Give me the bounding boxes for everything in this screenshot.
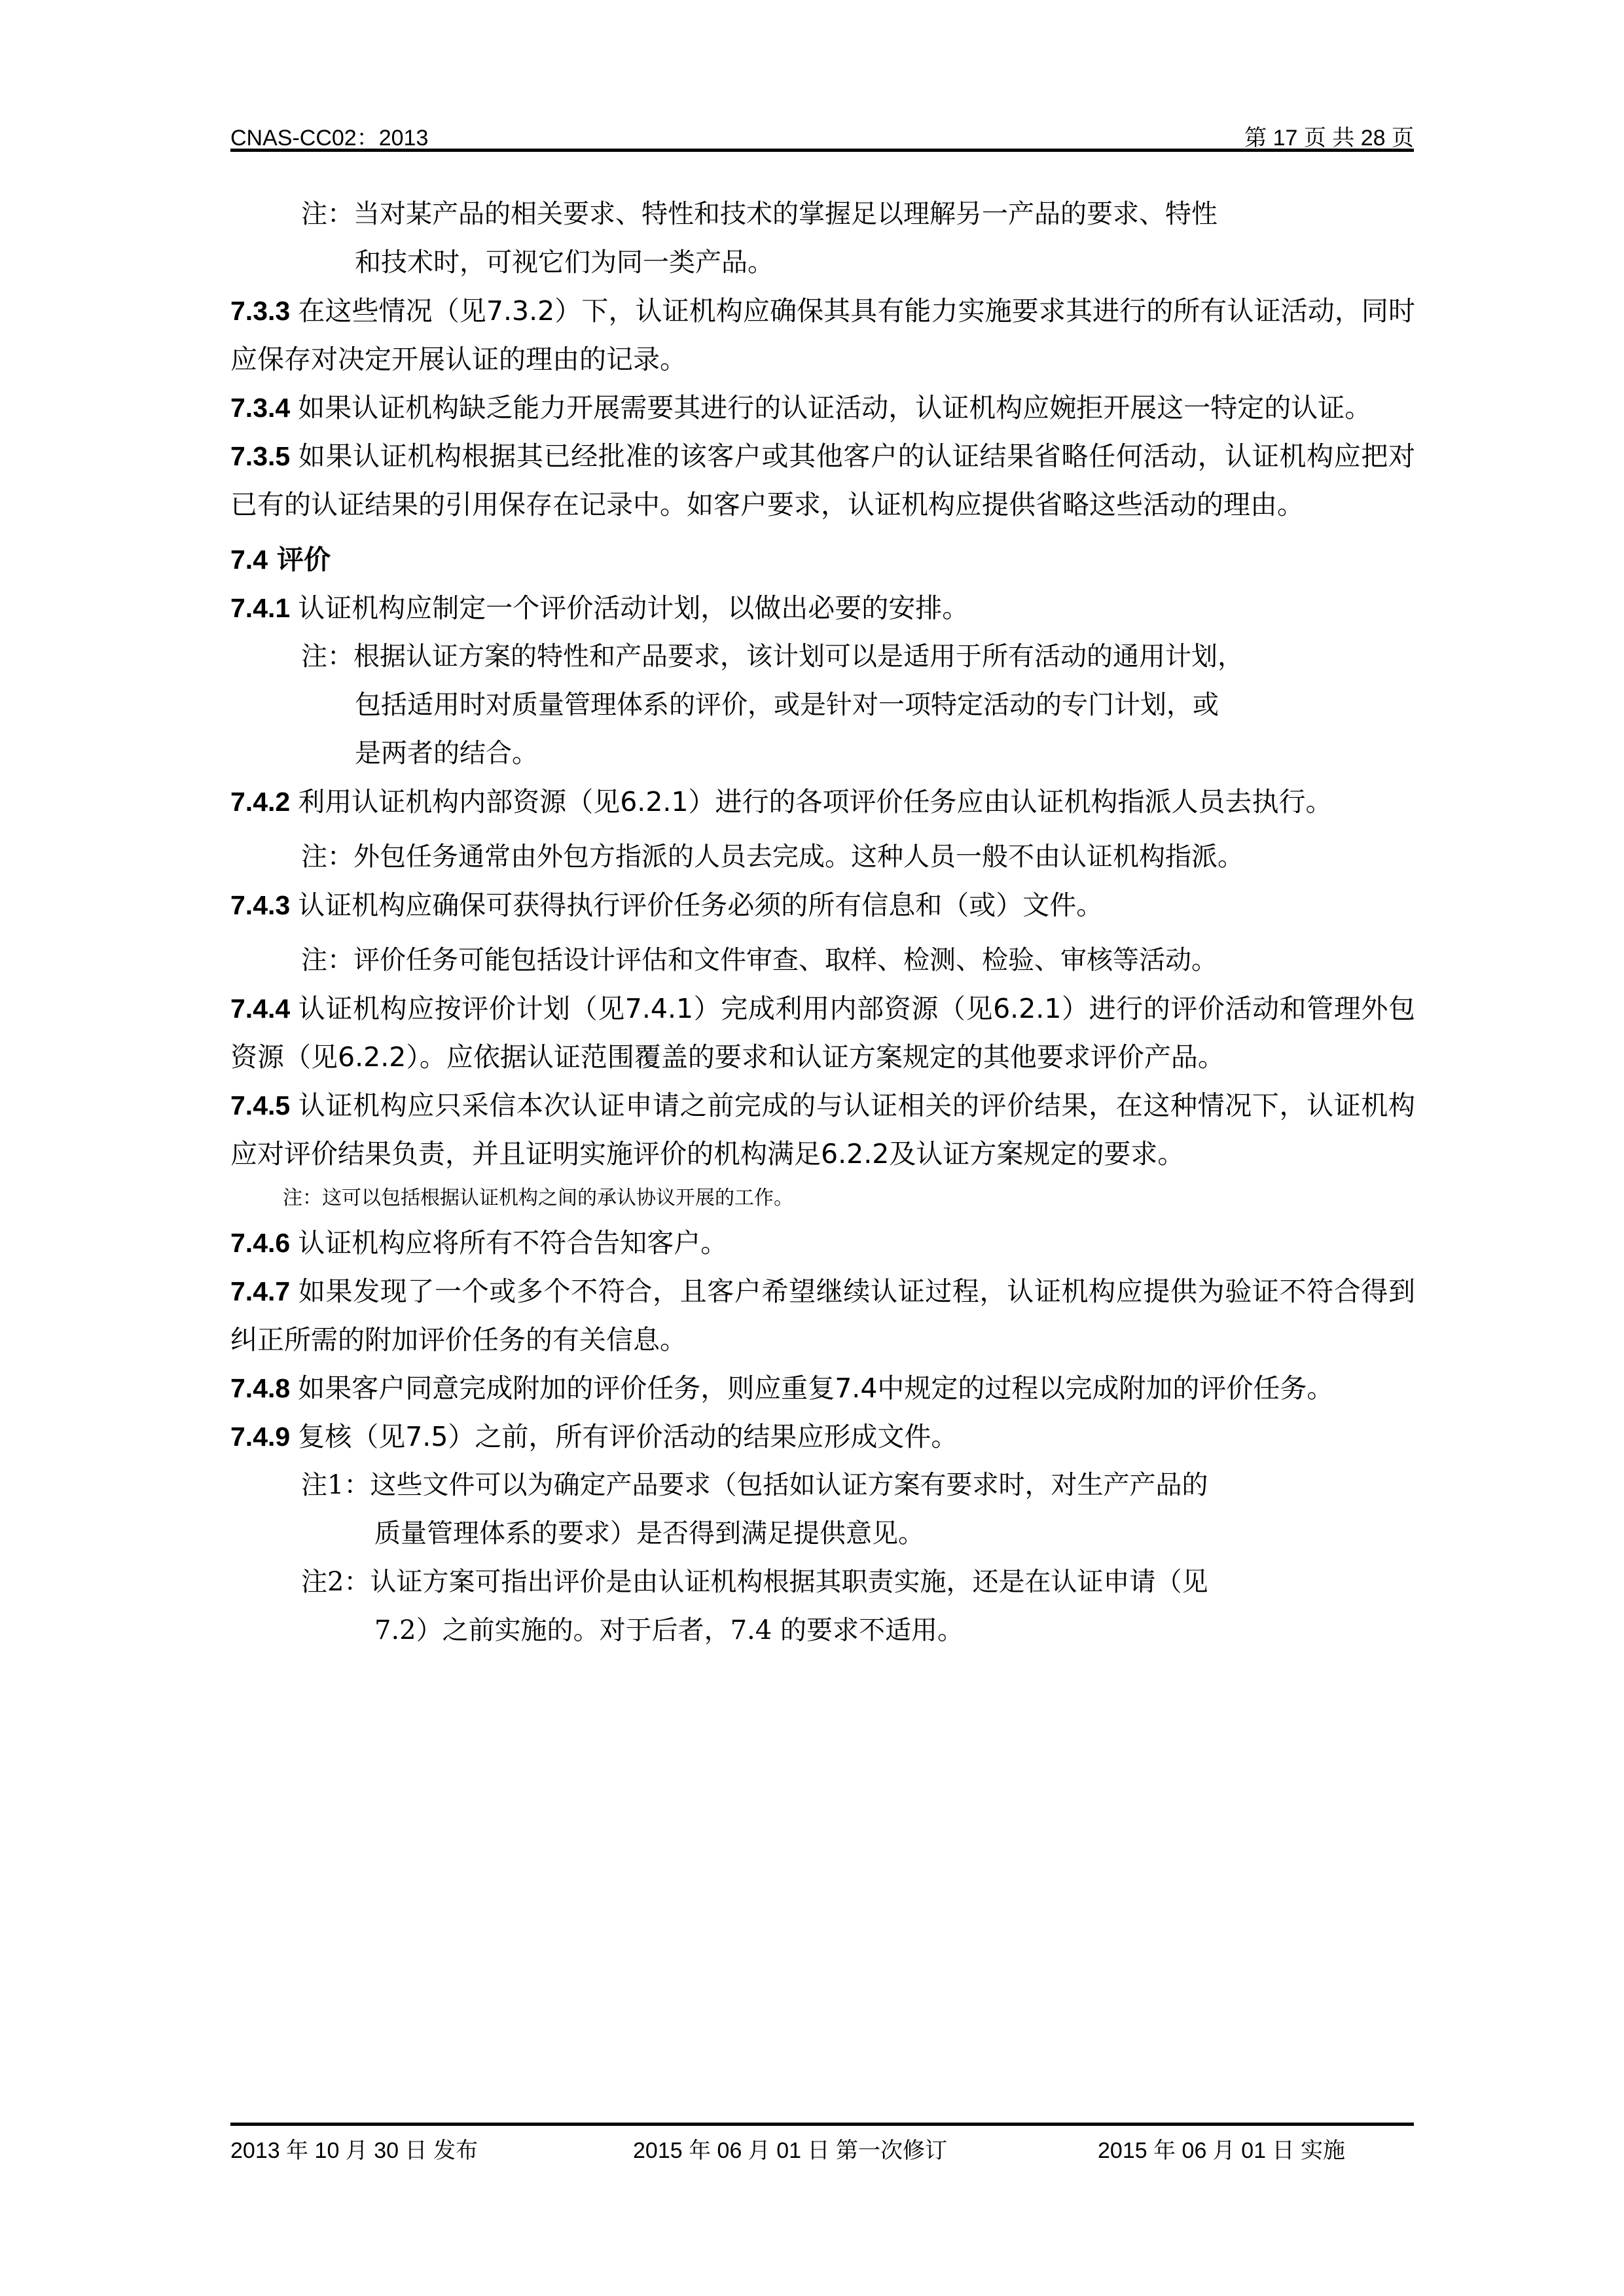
note-7-4-1: 注：根据认证方案的特性和产品要求，该计划可以是适用于所有活动的通用计划， 包括适…: [230, 632, 1415, 778]
note-7-4-2: 注：外包任务通常由外包方指派的人员去完成。这种人员一般不由认证机构指派。: [230, 833, 1415, 881]
page-number: 第 17 页 共 28 页: [1244, 120, 1414, 152]
clause-number: 7.4.6: [230, 1228, 290, 1258]
clause-number: 7.3.5: [230, 441, 290, 471]
document-body: 注：当对某产品的相关要求、特性和技术的掌握足以理解另一产品的要求、特性 和技术时…: [230, 190, 1415, 1655]
clause-number: 7.4.7: [230, 1276, 290, 1306]
clause-text: 认证机构应制定一个评价活动计划，以做出必要的安排。: [298, 592, 969, 624]
clause-7-4-9: 7.4.9复核（见7.5）之前，所有评价活动的结果应形成文件。: [230, 1412, 1415, 1461]
note-text-line3: 是两者的结合。: [301, 729, 1415, 778]
clause-number: 7.4.8: [230, 1373, 290, 1403]
revision-date: 2015 年 06 月 01 日 第一次修订: [633, 2132, 947, 2164]
note-text-line1: 当对某产品的相关要求、特性和技术的掌握足以理解另一产品的要求、特性: [353, 199, 1218, 229]
clause-text: 在这些情况（见7.3.2）下，认证机构应确保其具有能力实施要求其进行的所有认证活…: [230, 295, 1415, 375]
clause-text: 认证机构应只采信本次认证申请之前完成的与认证相关的评价结果，在这种情况下，认证机…: [230, 1090, 1415, 1170]
clause-7-4-4: 7.4.4认证机构应按评价计划（见7.4.1）完成利用内部资源（见6.2.1）进…: [230, 984, 1415, 1081]
note-label: 注：: [301, 842, 353, 872]
note-text-line2: 包括适用时对质量管理体系的评价，或是针对一项特定活动的专门计划，或: [301, 681, 1415, 729]
clause-text: 如果发现了一个或多个不符合，且客户希望继续认证过程，认证机构应提供为验证不符合得…: [230, 1276, 1415, 1355]
section-title: 评价: [277, 544, 331, 575]
note-text: 外包任务通常由外包方指派的人员去完成。这种人员一般不由认证机构指派。: [353, 842, 1244, 872]
clause-number: 7.4.9: [230, 1422, 290, 1452]
clause-number: 7.4.4: [230, 994, 290, 1024]
clause-text: 利用认证机构内部资源（见6.2.1）进行的各项评价任务应由认证机构指派人员去执行…: [298, 786, 1332, 817]
note-label: 注：: [301, 199, 353, 229]
clause-number: 7.4.5: [230, 1090, 290, 1121]
clause-number: 7.4.1: [230, 593, 290, 623]
clause-number: 7.3.4: [230, 393, 290, 423]
note-text-line1: 这些文件可以为确定产品要求（包括如认证方案有要求时，对生产产品的: [370, 1470, 1208, 1500]
clause-text: 认证机构应按评价计划（见7.4.1）完成利用内部资源（见6.2.1）进行的评价活…: [230, 993, 1415, 1073]
header-divider: [230, 149, 1414, 152]
note-text-line2: 7.2）之前实施的。对于后者，7.4 的要求不适用。: [301, 1606, 1415, 1655]
clause-number: 7.3.3: [230, 296, 290, 326]
clause-7-4-2: 7.4.2利用认证机构内部资源（见6.2.1）进行的各项评价任务应由认证机构指派…: [230, 778, 1415, 826]
clause-7-4-6: 7.4.6认证机构应将所有不符合告知客户。: [230, 1219, 1415, 1267]
note-text-line2: 和技术时，可视它们为同一类产品。: [301, 238, 1415, 287]
note-7-4-9-1: 注1：这些文件可以为确定产品要求（包括如认证方案有要求时，对生产产品的 质量管理…: [230, 1461, 1415, 1558]
note-7-4-3: 注：评价任务可能包括设计评估和文件审查、取样、检测、检验、审核等活动。: [230, 936, 1415, 984]
clause-7-4-3: 7.4.3认证机构应确保可获得执行评价任务必须的所有信息和（或）文件。: [230, 881, 1415, 929]
note-label: 注2：: [301, 1567, 370, 1597]
note-text-line1: 认证方案可指出评价是由认证机构根据其职责实施，还是在认证申请（见: [370, 1567, 1208, 1597]
document-id: CNAS-CC02：2013: [230, 120, 428, 152]
clause-text: 认证机构应确保可获得执行评价任务必须的所有信息和（或）文件。: [298, 889, 1103, 921]
clause-text: 复核（见7.5）之前，所有评价活动的结果应形成文件。: [298, 1421, 958, 1452]
section-heading-7-4: 7.4评价: [230, 535, 1415, 584]
note-text-line2: 质量管理体系的要求）是否得到满足提供意见。: [301, 1509, 1415, 1558]
note-7-4-9-2: 注2：认证方案可指出评价是由认证机构根据其职责实施，还是在认证申请（见 7.2）…: [230, 1558, 1415, 1655]
clause-text: 认证机构应将所有不符合告知客户。: [298, 1227, 727, 1259]
effective-date: 2015 年 06 月 01 日 实施: [1098, 2132, 1345, 2164]
publish-date: 2013 年 10 月 30 日 发布: [230, 2132, 478, 2164]
clause-number: 7.4.2: [230, 787, 290, 817]
note-7-4-5: 注：这可以包括根据认证机构之间的承认协议开展的工作。: [230, 1178, 1415, 1219]
note-label: 注1：: [301, 1470, 370, 1500]
page-footer: 2013 年 10 月 30 日 发布 2015 年 06 月 01 日 第一次…: [230, 2132, 1414, 2165]
footer-divider: [230, 2123, 1414, 2126]
note-product-category: 注：当对某产品的相关要求、特性和技术的掌握足以理解另一产品的要求、特性 和技术时…: [230, 190, 1415, 287]
note-text: 评价任务可能包括设计评估和文件审查、取样、检测、检验、审核等活动。: [353, 945, 1218, 975]
clause-7-4-5: 7.4.5认证机构应只采信本次认证申请之前完成的与认证相关的评价结果，在这种情况…: [230, 1081, 1415, 1178]
clause-7-4-1: 7.4.1认证机构应制定一个评价活动计划，以做出必要的安排。: [230, 584, 1415, 632]
clause-7-3-5: 7.3.5如果认证机构根据其已经批准的该客户或其他客户的认证结果省略任何活动，认…: [230, 432, 1415, 529]
clause-text: 如果客户同意完成附加的评价任务，则应重复7.4中规定的过程以完成附加的评价任务。: [298, 1372, 1333, 1404]
clause-7-4-8: 7.4.8如果客户同意完成附加的评价任务，则应重复7.4中规定的过程以完成附加的…: [230, 1364, 1415, 1412]
clause-number: 7.4.3: [230, 890, 290, 920]
note-label: 注：: [301, 945, 353, 975]
clause-7-3-3: 7.3.3在这些情况（见7.3.2）下，认证机构应确保其具有能力实施要求其进行的…: [230, 287, 1415, 384]
note-text-line1: 根据认证方案的特性和产品要求，该计划可以是适用于所有活动的通用计划，: [353, 641, 1244, 672]
clause-text: 如果认证机构缺乏能力开展需要其进行的认证活动，认证机构应婉拒开展这一特定的认证。: [298, 392, 1371, 423]
page-header: CNAS-CC02：2013 第 17 页 共 28 页: [230, 113, 1414, 152]
section-number: 7.4: [230, 545, 268, 575]
note-label: 注：: [301, 641, 353, 672]
clause-7-4-7: 7.4.7如果发现了一个或多个不符合，且客户希望继续认证过程，认证机构应提供为验…: [230, 1267, 1415, 1364]
clause-text: 如果认证机构根据其已经批准的该客户或其他客户的认证结果省略任何活动，认证机构应把…: [230, 440, 1415, 520]
clause-7-3-4: 7.3.4如果认证机构缺乏能力开展需要其进行的认证活动，认证机构应婉拒开展这一特…: [230, 384, 1415, 432]
